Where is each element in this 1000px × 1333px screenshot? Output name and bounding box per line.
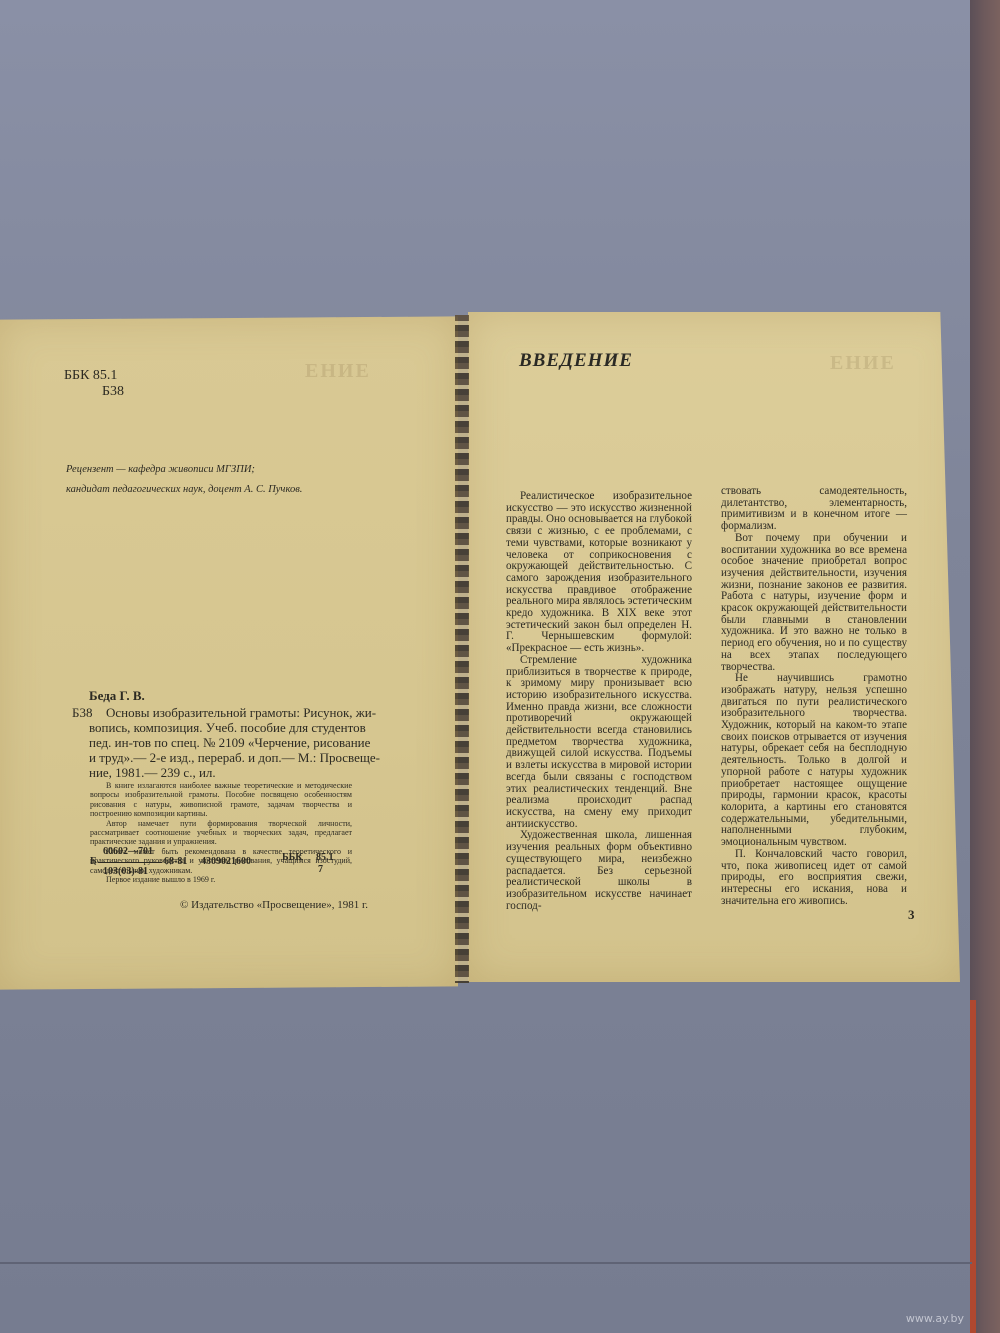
board-seam — [0, 1262, 972, 1264]
page-number: 3 — [908, 907, 915, 923]
bbk-label: ББК — [282, 852, 302, 863]
annotation-paragraph: В книге излагаются наиболее важные теоре… — [90, 781, 352, 819]
annotation-paragraph: Автор намечает пути формирования творчес… — [90, 819, 352, 847]
reviewer-line-1: Рецензент — кафедра живописи МГЗПИ; — [66, 460, 255, 480]
body-paragraph: Вот почему при обучении и воспитании худ… — [721, 533, 907, 673]
show-through-text: ЕНИЕ — [305, 360, 371, 383]
body-paragraph: Стремление художника приблизиться в твор… — [506, 655, 692, 831]
catalog-mark: Б38 — [72, 705, 92, 720]
biblio-line: ние, 1981.— 239 с., ил. — [89, 765, 216, 780]
biblio-line: пед. ин-тов по спец. № 2109 «Черчение, р… — [89, 735, 370, 750]
body-paragraph: Не научившись грамотно изображать натуру… — [721, 673, 907, 849]
bbk-number: 85.1 — [316, 852, 334, 863]
body-paragraph: Реалистическое изобразительное искусство… — [506, 491, 692, 655]
body-paragraph: Художественная школа, лишенная изучения … — [506, 830, 692, 912]
reviewer-line-2: кандидат педагогических наук, доцент А. … — [66, 480, 302, 500]
table-edge — [970, 0, 1000, 1333]
show-through-text: ЕНИЕ — [830, 352, 896, 375]
watermark: www.ay.by — [906, 1312, 964, 1325]
author-mark: Б38 — [102, 384, 124, 400]
text-column-2: ствовать самодеятельность, дилетантство,… — [721, 486, 907, 907]
chapter-heading: ВВЕДЕНИЕ — [519, 350, 633, 372]
code-numerator: 60602—701 — [103, 846, 153, 857]
author-name: Беда Г. В. — [89, 688, 145, 704]
copyright-line: © Издательство «Просвещение», 1981 г. — [180, 899, 368, 911]
code-prefix: Б — [90, 856, 97, 867]
biblio-line: Основы изобразительной грамоты: Рисунок,… — [106, 705, 376, 720]
bbk-sub: 7 — [318, 864, 323, 875]
text-column-1: Реалистическое изобразительное искусство… — [506, 491, 692, 912]
body-paragraph: ствовать самодеятельность, дилетантство,… — [721, 486, 907, 533]
code-a: 68-81 — [164, 856, 187, 867]
body-paragraph: П. Кончаловский часто говорил, что, пока… — [721, 849, 907, 908]
biblio-line: и труд».— 2-е изд., перераб. и доп.— М.:… — [89, 750, 380, 765]
code-denominator: 103(03)-81 — [103, 866, 148, 877]
fraction-line — [98, 862, 162, 863]
biblio-line: вопись, композиция. Учеб. пособие для ст… — [89, 720, 366, 735]
red-book-edge — [970, 1000, 976, 1333]
book-spine — [455, 315, 469, 983]
bbk-code: ББК 85.1 — [64, 368, 117, 384]
left-page — [0, 316, 458, 989]
code-b: 4309021600 — [201, 856, 251, 867]
